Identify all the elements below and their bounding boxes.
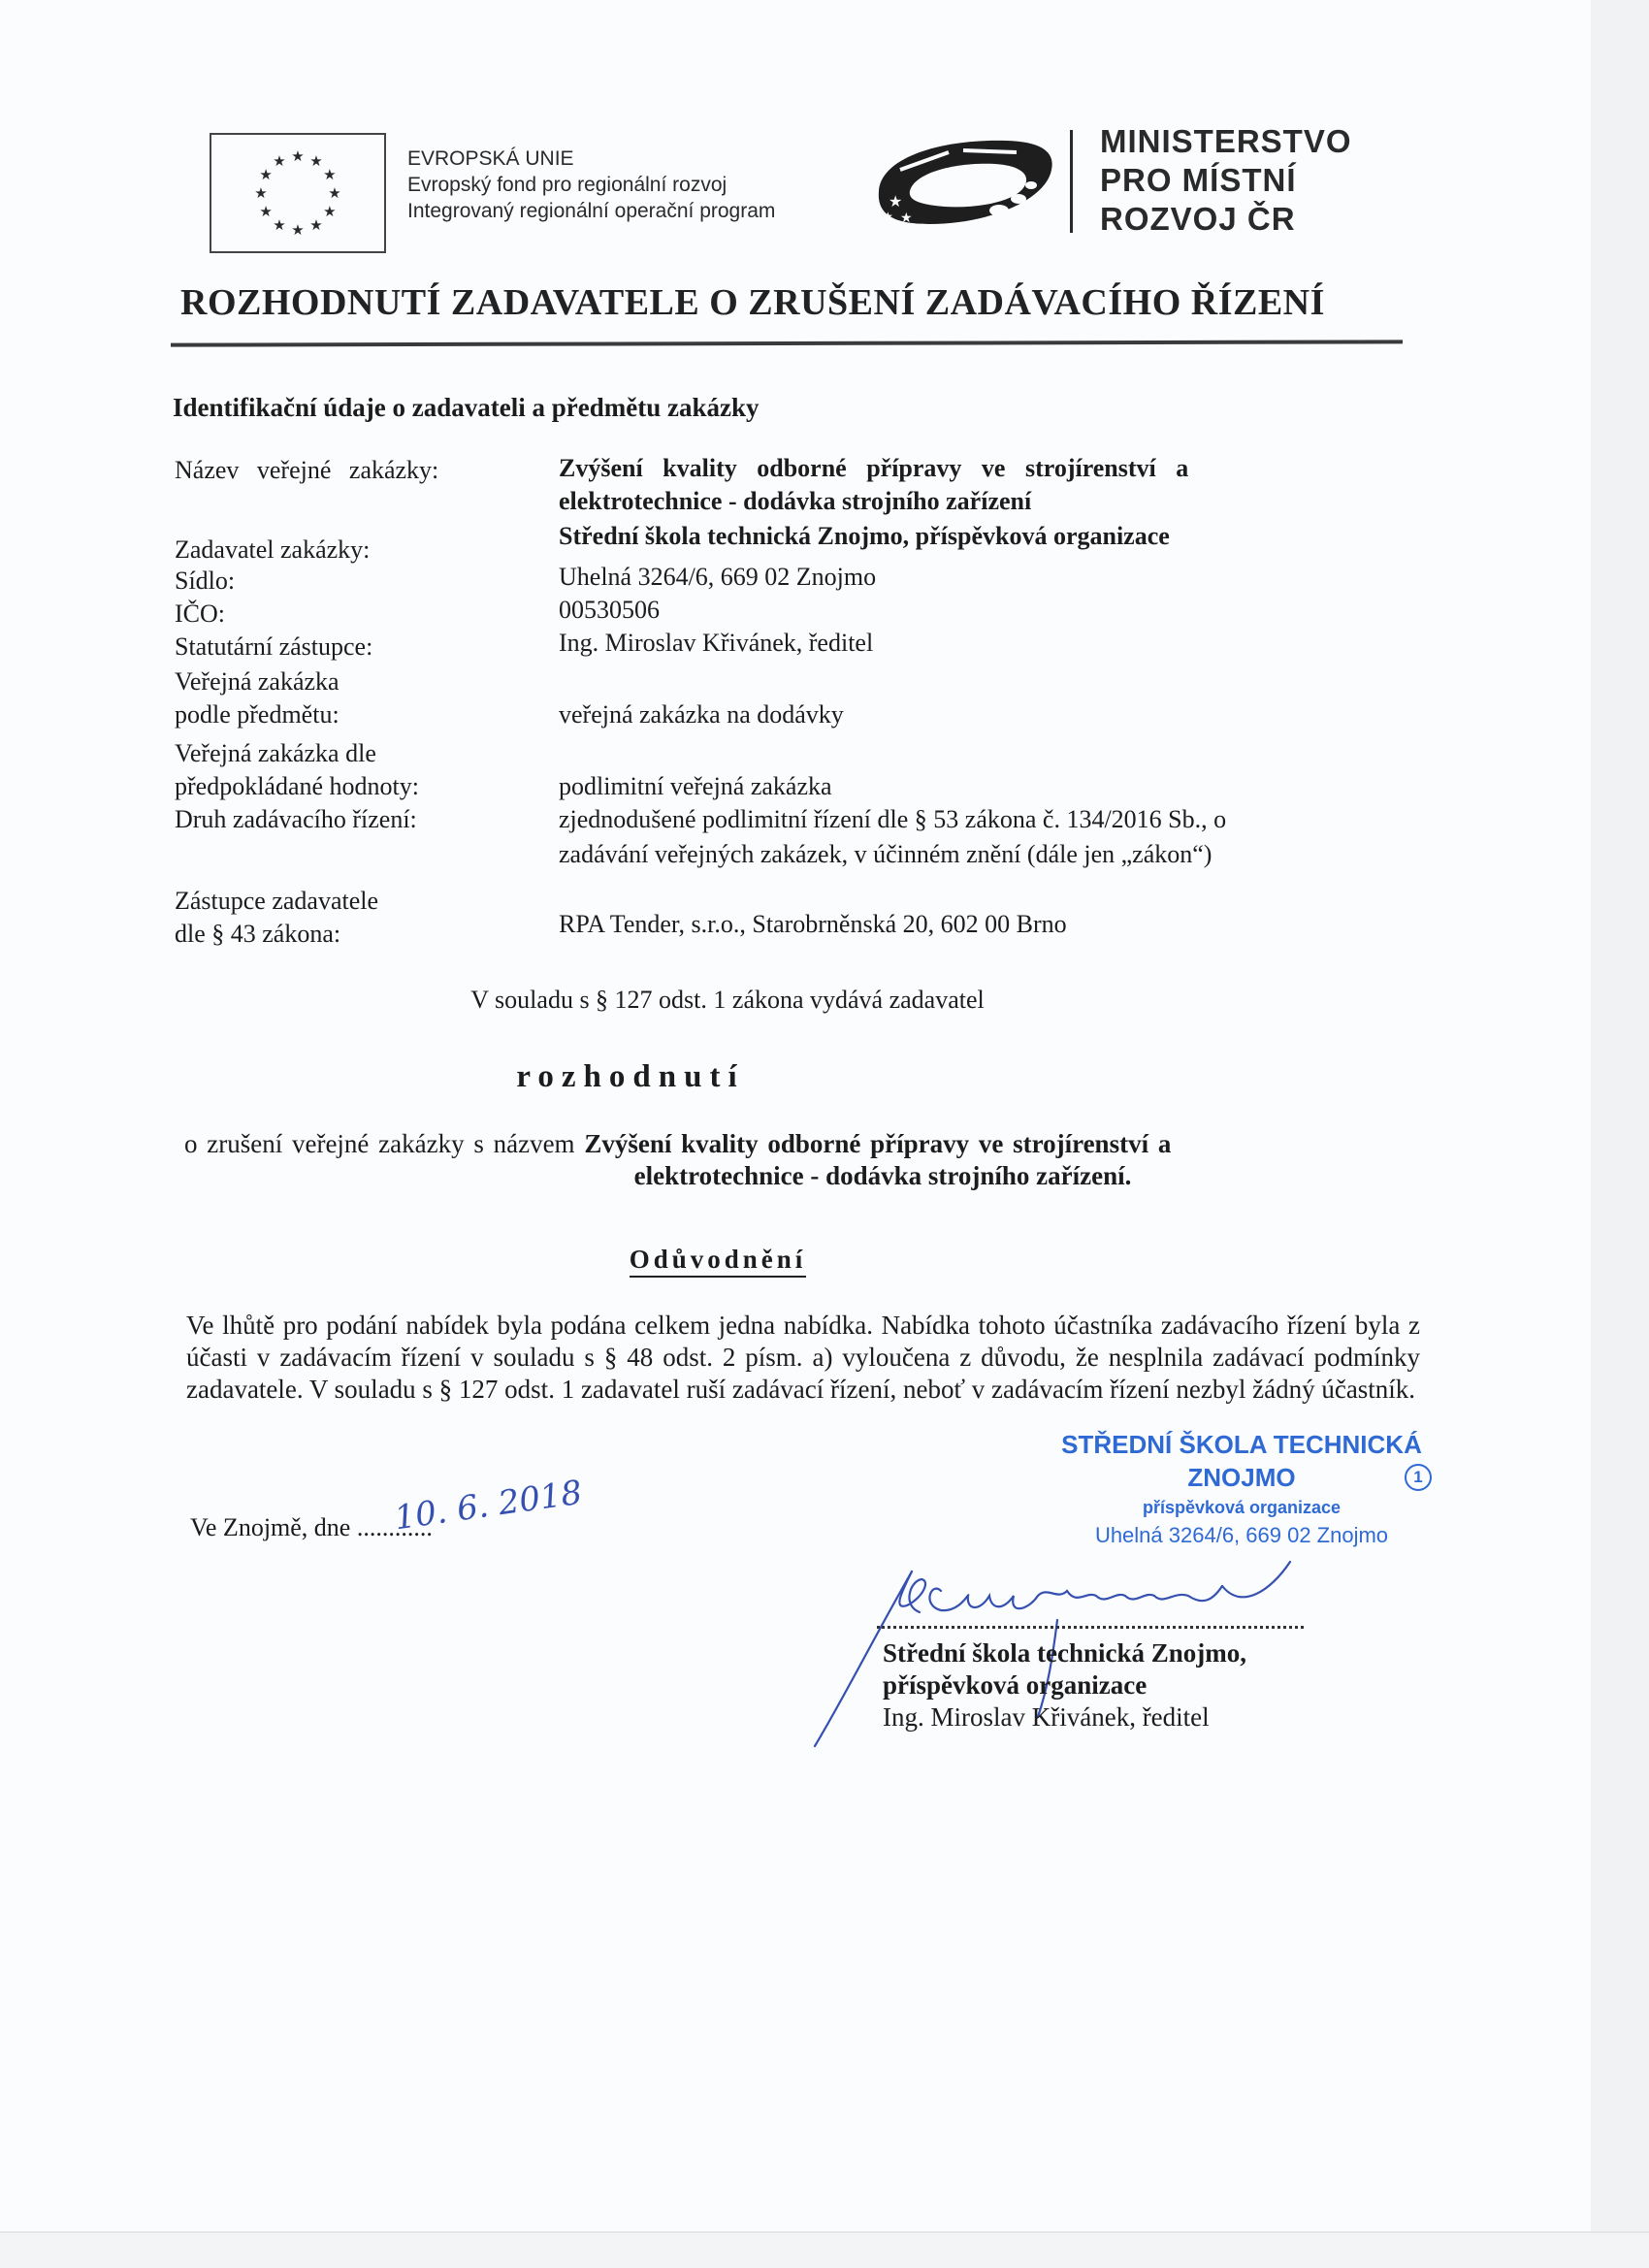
value-contract-value-type: podlimitní veřejná zakázka bbox=[559, 772, 832, 801]
svg-text:★: ★ bbox=[273, 154, 285, 170]
ministry-line: PRO MÍSTNÍ bbox=[1100, 161, 1352, 200]
eu-flag-icon: ★★★★★★★★★★★★ bbox=[210, 133, 386, 253]
signatory-name: Ing. Miroslav Křivánek, ředitel bbox=[883, 1701, 1246, 1733]
label-contract-type-cont: podle předmětu: bbox=[175, 700, 339, 729]
label-seat: Sídlo: bbox=[175, 567, 235, 596]
mmr-logo-icon: ★ ★ ★ bbox=[871, 131, 1055, 233]
stamp-line: Uhelná 3264/6, 669 02 Znojmo bbox=[1048, 1521, 1436, 1550]
eu-line: EVROPSKÁ UNIE bbox=[407, 146, 775, 172]
svg-text:★: ★ bbox=[889, 194, 902, 211]
stamp-number-icon: 1 bbox=[1405, 1464, 1432, 1491]
ministry-line: ROZVOJ ČR bbox=[1100, 200, 1352, 239]
signature-line bbox=[877, 1612, 1304, 1629]
decision-prefix: o zrušení veřejné zakázky s názvem bbox=[184, 1129, 584, 1158]
stamp-line: příspěvková organizace bbox=[1048, 1494, 1436, 1521]
stamp-city: ZNOJMO bbox=[1187, 1463, 1295, 1492]
svg-text:★: ★ bbox=[259, 205, 272, 220]
svg-text:★: ★ bbox=[291, 149, 304, 165]
svg-text:★: ★ bbox=[323, 205, 336, 220]
value-ico: 00530506 bbox=[559, 596, 660, 625]
svg-text:★: ★ bbox=[900, 211, 913, 226]
decision-contract-name: Zvýšení kvality odborné přípravy ve stro… bbox=[584, 1129, 1171, 1158]
value-contract-name: Zvýšení kvality odborné přípravy ve stro… bbox=[559, 454, 1188, 483]
handwritten-date: 10. 6. 2018 bbox=[392, 1474, 584, 1539]
label-ico: IČO: bbox=[175, 599, 225, 629]
label-contract-value-type-cont: předpokládané hodnoty: bbox=[175, 772, 419, 801]
ministry-line: MINISTERSTVO bbox=[1100, 122, 1352, 161]
document-title: ROZHODNUTÍ ZADAVATELE O ZRUŠENÍ ZADÁVACÍ… bbox=[180, 281, 1412, 324]
svg-text:★: ★ bbox=[883, 210, 893, 223]
title-underline bbox=[171, 340, 1403, 346]
svg-text:★: ★ bbox=[254, 186, 267, 202]
scan-edge-bottom bbox=[0, 2231, 1649, 2268]
scan-edge-right bbox=[1591, 0, 1649, 2268]
svg-text:★: ★ bbox=[309, 218, 322, 234]
eu-line: Integrovaný regionální operační program bbox=[407, 198, 775, 224]
label-statutory-rep: Statutární zástupce: bbox=[175, 632, 372, 662]
label-contract-type: Veřejná zakázka bbox=[175, 667, 339, 697]
signature-org: Střední škola technická Znojmo, bbox=[883, 1637, 1246, 1669]
value-statutory-rep: Ing. Miroslav Křivánek, ředitel bbox=[559, 629, 873, 658]
label-procedure-type: Druh zadávacího řízení: bbox=[175, 805, 417, 834]
value-authority-representative: RPA Tender, s.r.o., Starobrněnská 20, 60… bbox=[559, 910, 1067, 939]
value-procedure-type-cont: zadávání veřejných zakázek, v účinném zn… bbox=[559, 840, 1212, 869]
signature-org-cont: příspěvková organizace bbox=[883, 1669, 1246, 1701]
svg-text:★: ★ bbox=[291, 223, 304, 239]
label-authority-representative-cont: dle § 43 zákona: bbox=[175, 920, 340, 949]
label-contract-value-type: Veřejná zakázka dle bbox=[175, 739, 376, 768]
label-authority-representative: Zástupce zadavatele bbox=[175, 887, 378, 916]
value-contract-type: veřejná zakázka na dodávky bbox=[559, 700, 844, 729]
logo-divider bbox=[1070, 130, 1073, 233]
decision-contract-name-cont: elektrotechnice - dodávka strojního zaří… bbox=[184, 1160, 1416, 1192]
stamp-line: ZNOJMO 1 bbox=[1048, 1461, 1436, 1494]
identification-heading: Identifikační údaje o zadavateli a předm… bbox=[173, 393, 760, 423]
decision-text: o zrušení veřejné zakázky s názvem Zvýše… bbox=[184, 1128, 1416, 1192]
value-seat: Uhelná 3264/6, 669 02 Znojmo bbox=[559, 563, 876, 592]
eu-line: Evropský fond pro regionální rozvoj bbox=[407, 172, 775, 198]
signature-block: Střední škola technická Znojmo, příspěvk… bbox=[883, 1637, 1246, 1733]
value-contracting-authority: Střední škola technická Znojmo, příspěvk… bbox=[559, 522, 1170, 551]
svg-text:★: ★ bbox=[323, 168, 336, 183]
svg-text:★: ★ bbox=[309, 154, 322, 170]
stamp-line: STŘEDNÍ ŠKOLA TECHNICKÁ bbox=[1048, 1428, 1436, 1461]
eu-logo-text: EVROPSKÁ UNIE Evropský fond pro regionál… bbox=[407, 146, 775, 224]
ministry-logo-text: MINISTERSTVO PRO MÍSTNÍ ROZVOJ ČR bbox=[1100, 122, 1352, 239]
svg-text:★: ★ bbox=[273, 218, 285, 234]
official-stamp: STŘEDNÍ ŠKOLA TECHNICKÁ ZNOJMO 1 příspěv… bbox=[1048, 1428, 1436, 1550]
reason-text: Ve lhůtě pro podání nabídek byla podána … bbox=[186, 1310, 1420, 1406]
intro-line: V souladu s § 127 odst. 1 zákona vydává … bbox=[0, 986, 1455, 1015]
label-contract-name: Název veřejné zakázky: bbox=[175, 456, 438, 485]
value-contract-name-cont: elektrotechnice - dodávka strojního zaří… bbox=[559, 487, 1031, 516]
svg-text:★: ★ bbox=[328, 186, 340, 202]
decision-heading: rozhodnutí bbox=[0, 1059, 1261, 1095]
svg-text:★: ★ bbox=[259, 168, 272, 183]
reason-heading: Odůvodnění bbox=[0, 1245, 1436, 1275]
reason-heading-text: Odůvodnění bbox=[630, 1245, 807, 1278]
label-contracting-authority: Zadavatel zakázky: bbox=[175, 535, 370, 565]
value-procedure-type: zjednodušené podlimitní řízení dle § 53 … bbox=[559, 805, 1226, 834]
